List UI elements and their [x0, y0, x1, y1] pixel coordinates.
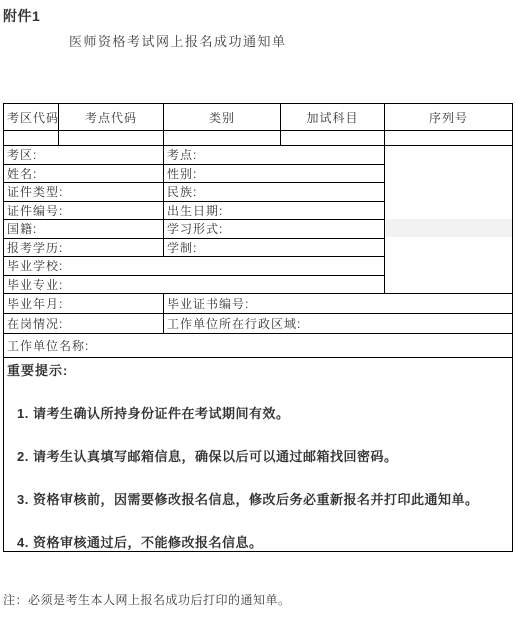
registration-notice-table: 考区代码 考点代码 类别 加试科目 序列号 考区: 考点: 姓名: 性别: 证件…: [3, 103, 513, 552]
note-item-4: 4. 资格审核通过后，不能修改报名信息。: [17, 532, 509, 551]
cell-id-number-label: 证件编号:: [4, 201, 164, 220]
header-additional-subjects: 加试科目: [281, 104, 385, 131]
table-empty-value-row: [4, 131, 513, 146]
cell-birth-date-label: 出生日期:: [164, 201, 385, 220]
header-category: 类别: [164, 104, 281, 131]
cell-employment-status-label: 在岗情况:: [4, 314, 164, 334]
cell-serial-number-value: [385, 131, 513, 146]
important-notes-cell: 重要提示: 1. 请考生确认所持身份证件在考试期间有效。 2. 请考生认真填写邮…: [4, 358, 513, 552]
important-notes-title: 重要提示:: [7, 360, 509, 379]
table-header-row: 考区代码 考点代码 类别 加试科目 序列号: [4, 104, 513, 131]
cell-gender-label: 性别:: [164, 164, 385, 183]
cell-study-form-label: 学习形式:: [164, 220, 385, 239]
note-item-3: 3. 资格审核前，因需要修改报名信息，修改后务必重新报名并打印此通知单。: [17, 489, 509, 508]
header-exam-area-code: 考区代码: [4, 104, 59, 131]
cell-ethnicity-label: 民族:: [164, 183, 385, 202]
cell-exam-area-label: 考区:: [4, 146, 164, 165]
header-exam-site-code: 考点代码: [59, 104, 164, 131]
table-row: 考区: 考点:: [4, 146, 513, 165]
note-item-2: 2. 请考生认真填写邮箱信息，确保以后可以通过邮箱找回密码。: [17, 446, 509, 465]
header-serial-number: 序列号: [385, 104, 513, 131]
important-notes-row: 重要提示: 1. 请考生确认所持身份证件在考试期间有效。 2. 请考生认真填写邮…: [4, 358, 513, 552]
attachment-label: 附件1: [3, 6, 40, 26]
cell-diploma-number-label: 毕业证书编号:: [164, 294, 513, 314]
cell-category-value: [164, 131, 281, 146]
cell-schooling-years-label: 学制:: [164, 238, 385, 257]
cell-apply-education-label: 报考学历:: [4, 238, 164, 257]
cell-graduate-date-label: 毕业年月:: [4, 294, 164, 314]
photo-area-cell: [385, 146, 513, 294]
cell-work-unit-name-label: 工作单位名称:: [4, 334, 513, 358]
cell-work-unit-region-label: 工作单位所在行政区域:: [164, 314, 513, 334]
cell-additional-subjects-value: [281, 131, 385, 146]
cell-nationality-label: 国籍:: [4, 220, 164, 239]
cell-graduate-school-label: 毕业学校:: [4, 257, 385, 276]
table-row: 工作单位名称:: [4, 334, 513, 358]
photo-area-shaded-band: [385, 219, 512, 237]
cell-graduate-major-label: 毕业专业:: [4, 275, 385, 294]
cell-exam-area-code-value: [4, 131, 59, 146]
cell-exam-site-label: 考点:: [164, 146, 385, 165]
cell-name-label: 姓名:: [4, 164, 164, 183]
note-item-1: 1. 请考生确认所持身份证件在考试期间有效。: [17, 403, 509, 422]
table-row: 在岗情况: 工作单位所在行政区域:: [4, 314, 513, 334]
cell-exam-site-code-value: [59, 131, 164, 146]
cell-id-type-label: 证件类型:: [4, 183, 164, 202]
footnote: 注：必须是考生本人网上报名成功后打印的通知单。: [3, 591, 291, 608]
table-row: 毕业年月: 毕业证书编号:: [4, 294, 513, 314]
page-title: 医师资格考试网上报名成功通知单: [69, 31, 287, 50]
